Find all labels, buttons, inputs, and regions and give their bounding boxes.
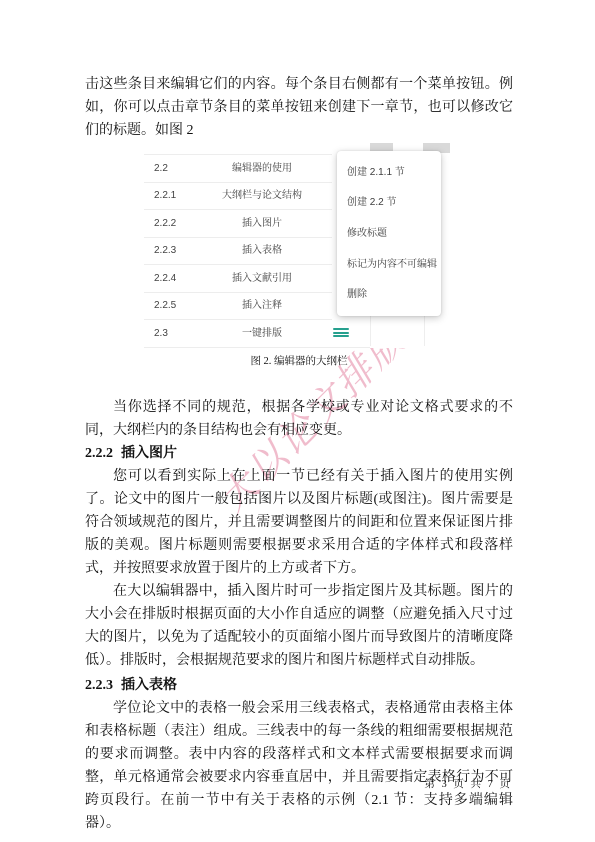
outline-row-title: 大纲栏与论文结构 xyxy=(192,184,332,207)
outline-row-title: 插入注释 xyxy=(192,294,332,317)
context-menu: 创建 2.1.1 节 创建 2.2 节 修改标题 标记为内容不可编辑 删除 xyxy=(337,151,441,316)
outline-row: 2.3 一键排版 xyxy=(144,320,370,348)
figure-outline-screenshot: 2.2 编辑器的使用 2.2.1 大纲栏与论文结构 2.2.2 插入图片 2.2… xyxy=(144,144,454,348)
outline-row: 2.2.3 插入表格 xyxy=(144,238,332,266)
outline-row-title: 插入文献引用 xyxy=(192,267,332,290)
outline-row: 2.2.5 插入注释 xyxy=(144,293,332,321)
section-title: 插入表格 xyxy=(121,678,177,693)
section-number: 2.2.2 xyxy=(85,446,113,461)
outline-row-number: 2.3 xyxy=(144,322,192,345)
figure-caption: 图 2. 编辑器的大纲栏 xyxy=(85,355,513,369)
page-body: 击这些条目来编辑它们的内容。每个条目右侧都有一个菜单按钮。例如，你可以点击章节条… xyxy=(85,73,513,835)
menu-item-delete: 删除 xyxy=(337,283,441,306)
paragraph: 当你选择不同的规范，根据各学校或专业对论文格式要求的不同，大纲栏内的条目结构也会… xyxy=(85,396,513,442)
section-heading-223: 2.2.3插入表格 xyxy=(85,674,513,697)
menu-item-rename: 修改标题 xyxy=(337,222,441,245)
outline-row-number: 2.2.4 xyxy=(144,267,192,290)
section-title: 插入图片 xyxy=(121,446,177,461)
outline-row-number: 2.2.2 xyxy=(144,212,192,235)
menu-anchor-fragment xyxy=(370,316,425,346)
outline-row: 2.2.4 插入文献引用 xyxy=(144,265,332,293)
outline-row-title: 一键排版 xyxy=(192,322,332,345)
menu-item-create-subsection: 创建 2.1.1 节 xyxy=(337,161,441,184)
document-page: 大以论文排版 击这些条目来编辑它们的内容。每个条目右侧都有一个菜单按钮。例如，你… xyxy=(0,0,595,842)
outline-row: 2.2.2 插入图片 xyxy=(144,210,332,238)
menu-item-mark-readonly: 标记为内容不可编辑 xyxy=(337,253,441,276)
outline-row-partial xyxy=(144,144,332,155)
paragraph-continuation: 击这些条目来编辑它们的内容。每个条目右侧都有一个菜单按钮。例如，你可以点击章节条… xyxy=(85,73,513,142)
outline-row-number: 2.2.5 xyxy=(144,294,192,317)
outline-row-number: 2.2 xyxy=(144,157,192,180)
outline-row-title: 插入表格 xyxy=(192,239,332,262)
section-heading-222: 2.2.2插入图片 xyxy=(85,442,513,465)
outline-row: 2.2.1 大纲栏与论文结构 xyxy=(144,183,332,211)
section-number: 2.2.3 xyxy=(85,678,113,693)
format-list-icon xyxy=(333,328,349,340)
page-number-footer: 第 3 页 共 7 页 xyxy=(424,776,512,791)
outline-row-title: 编辑器的使用 xyxy=(192,157,332,180)
paragraph: 您可以看到实际上在上面一节已经有关于插入图片的使用实例了。论文中的图片一般包括图… xyxy=(85,465,513,580)
menu-item-create-section: 创建 2.2 节 xyxy=(337,191,441,214)
outline-row-number: 2.2.3 xyxy=(144,239,192,262)
paragraph: 学位论文中的表格一般会采用三线表格式，表格通常由表格主体和表格标题（表注）组成。… xyxy=(85,697,513,835)
paragraph: 在大以编辑器中，插入图片时可一步指定图片及其标题。图片的大小会在排版时根据页面的… xyxy=(85,580,513,672)
outline-row-title: 插入图片 xyxy=(192,212,332,235)
outline-row-number: 2.2.1 xyxy=(144,184,192,207)
outline-row: 2.2 编辑器的使用 xyxy=(144,155,332,183)
